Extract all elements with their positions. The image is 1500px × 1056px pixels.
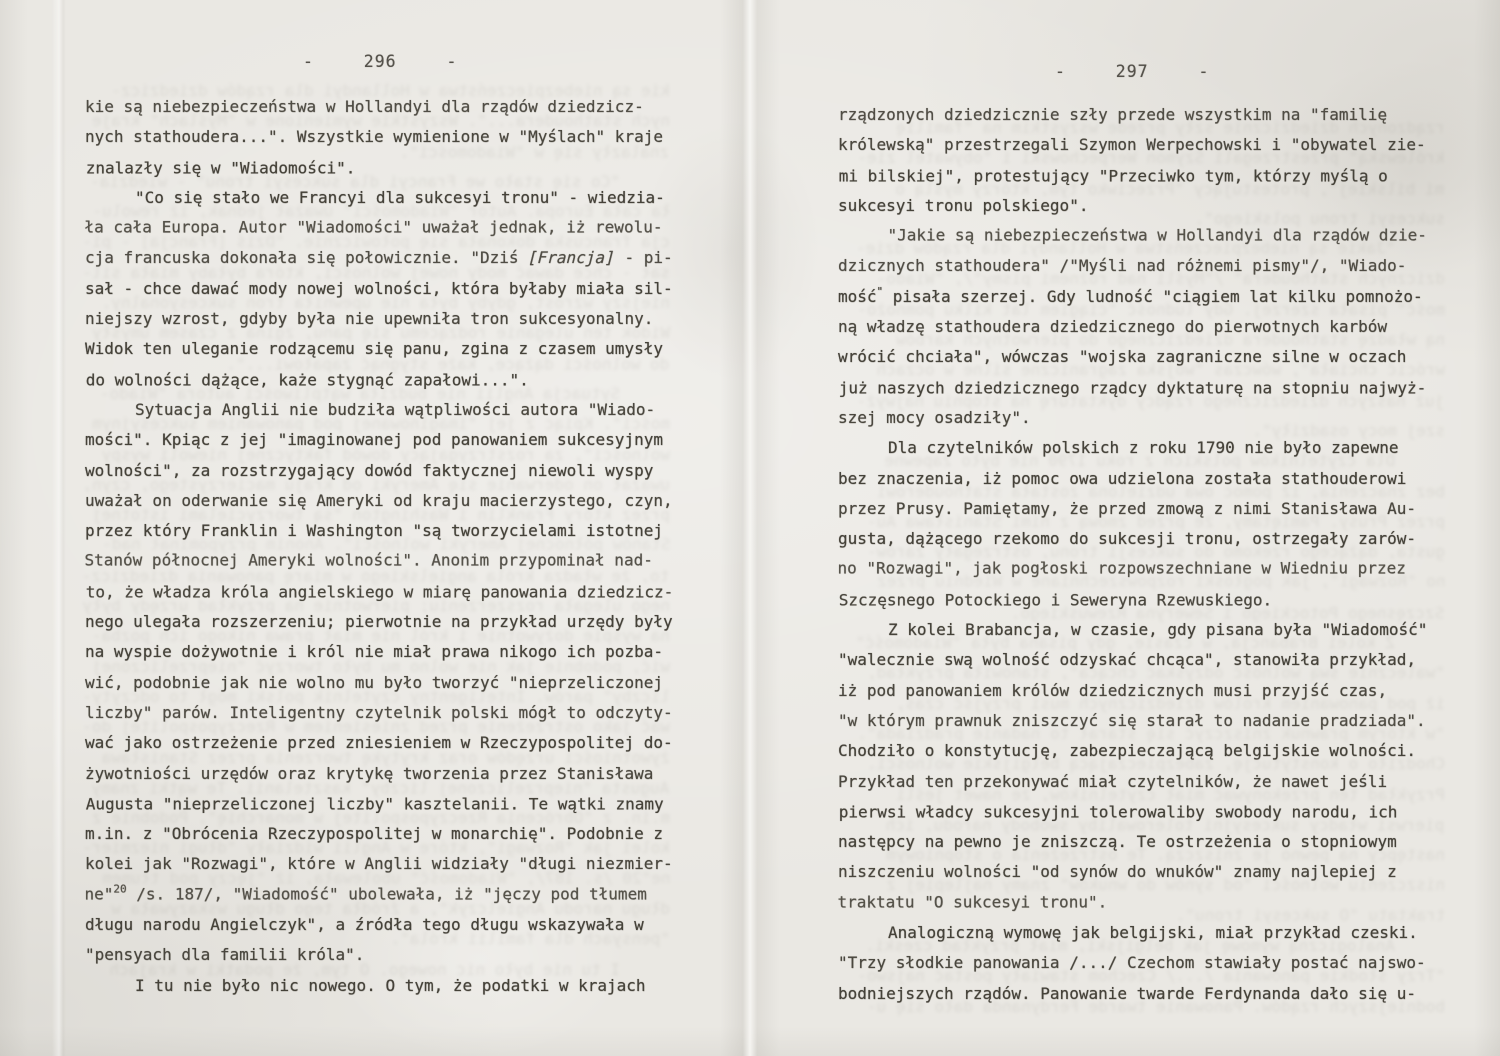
text-line: Analogiczną wymowę jak belgijski, miał p… bbox=[838, 918, 1438, 948]
text-line: bodniejszych rządów. Panowanie twarde Fe… bbox=[838, 979, 1438, 1009]
text-line: nego ulegała rozszerzeniu; pierwotnie na… bbox=[85, 607, 670, 637]
text-line: znalazły się w "Wiadomości". bbox=[86, 153, 671, 183]
text-line: "Jakie są niebezpieczeństwa w Hollandyi … bbox=[838, 221, 1438, 251]
text-line: uważał on oderwanie się Ameryki od kraju… bbox=[85, 486, 670, 516]
text-line: już naszych dziedzicznego rządcy dyktatu… bbox=[839, 373, 1439, 403]
page-left: kie są niebezpieczeństwa w Hollandyi dla… bbox=[0, 0, 745, 1056]
text-line: iż pod panowaniem królów dziedzicznych m… bbox=[838, 676, 1438, 706]
text-line: ną władzę stathoudera dziedzicznego do p… bbox=[838, 312, 1438, 342]
page-number: - 297 - bbox=[1055, 62, 1209, 81]
text-line: I tu nie było nic nowego. O tym, że poda… bbox=[85, 971, 670, 1001]
text-line: mi bilskiej", protestujący "Przeciwko ty… bbox=[839, 161, 1439, 191]
text-run: - pi- bbox=[615, 248, 673, 267]
text-line: następcy na pewno je zniszczą. Te ostrze… bbox=[838, 827, 1438, 857]
text-line: ne"20 /s. 187/, "Wiadomość" ubolewała, i… bbox=[85, 879, 670, 909]
text-line: przez który Franklin i Washington "są tw… bbox=[85, 516, 670, 546]
text-line: "Trzy słodkie panowania /.../ Czechom st… bbox=[838, 948, 1438, 978]
text-line: ła cała Europa. Autor "Wiadomości" uważa… bbox=[85, 213, 670, 243]
text-run: [Francja] bbox=[524, 243, 618, 273]
text-line: kolei jak "Rozwagi", które w Anglii widz… bbox=[85, 849, 670, 879]
text-line: wić, podobnie jak nie wolno mu było twor… bbox=[85, 668, 670, 698]
text-line: rządzonych dziedzicznie szły przede wszy… bbox=[838, 100, 1438, 130]
text-line: pierwsi władcy sukcesyjni tolerowaliby s… bbox=[839, 797, 1439, 827]
text-line: nych stathoudera...". Wszystkie wymienio… bbox=[85, 122, 670, 152]
text-line: traktatu "O sukcesyi tronu". bbox=[838, 887, 1438, 917]
text-line: przez Prusy. Pamiętamy, że przed zmową z… bbox=[838, 494, 1438, 524]
text-line: sukcesyi tronu polskiego". bbox=[838, 191, 1438, 221]
text-line: długu narodu Angielczyk", a źródła tego … bbox=[85, 910, 670, 940]
text-line: "Co się stało we Francyi dla sukcesyi tr… bbox=[85, 183, 670, 213]
text-line: kie są niebezpieczeństwa w Hollandyi dla… bbox=[85, 92, 670, 122]
superscript-text: 20 bbox=[113, 882, 126, 895]
text-line: "walecznie swą wolność odzyskać chcąca",… bbox=[838, 645, 1438, 675]
text-line: wrócić chciała", wówczas "wojska zagrani… bbox=[838, 342, 1438, 372]
text-column: kie są niebezpieczeństwa w Hollandyi dla… bbox=[85, 92, 670, 1001]
text-line: to, że władza króla angielskiego w miarę… bbox=[86, 577, 671, 607]
text-line: sał - chce dawać mody nowej wolności, kt… bbox=[85, 274, 670, 304]
text-line: Widok ten uleganie rodzącemu się panu, z… bbox=[85, 334, 670, 364]
superscript-text: " bbox=[877, 285, 884, 298]
text-line: Z kolei Brabancja, w czasie, gdy pisana … bbox=[838, 615, 1438, 645]
text-line: wać jako ostrzeżenie przed zniesieniem w… bbox=[85, 728, 670, 758]
text-line: Dla czytelników polskich z roku 1790 nie… bbox=[838, 433, 1438, 463]
text-run: mość bbox=[838, 287, 877, 306]
text-line: "w którym prawnuk zniszczyć się starał t… bbox=[838, 706, 1438, 736]
text-line: Przykład ten przekonywać miał czytelnikó… bbox=[838, 767, 1438, 797]
text-run: ne" bbox=[85, 884, 114, 903]
text-line: żywotniości urzędów oraz krytykę tworzen… bbox=[85, 759, 670, 789]
text-run: /s. 187/, "Wiadomość" ubolewała, iż "jęc… bbox=[127, 884, 647, 903]
text-line: Sytuacja Anglii nie budziła wątpliwości … bbox=[85, 395, 670, 425]
text-line: Szczęsnego Potockiego i Seweryna Rzewusk… bbox=[839, 585, 1439, 615]
text-line: szej mocy osadziły". bbox=[838, 403, 1438, 433]
text-line: no "Rozwagi", jak pogłoski rozpowszechni… bbox=[838, 554, 1438, 584]
text-line: niejszy wzrost, gdyby była nie upewniła … bbox=[85, 304, 670, 334]
text-line: liczby" parów. Inteligentny czytelnik po… bbox=[85, 698, 670, 728]
text-line: dzicznych stathoudera" /"Myśli nad różne… bbox=[838, 251, 1438, 281]
text-line: bez znaczenia, iż pomoc owa udzielona zo… bbox=[838, 464, 1438, 494]
paper-crease bbox=[52, 0, 66, 1056]
text-line: gusta, dążącego rzekomo do sukcesji tron… bbox=[838, 524, 1438, 554]
page-number: - 296 - bbox=[303, 52, 457, 71]
text-column: rządzonych dziedzicznie szły przede wszy… bbox=[838, 100, 1438, 1009]
text-line: Chodziło o konstytucję, zabezpieczającą … bbox=[838, 736, 1438, 766]
page-right: rządzonych dziedzicznie szły przede wszy… bbox=[745, 0, 1500, 1056]
text-line: cja francuska dokonała się połowicznie. … bbox=[85, 243, 670, 273]
text-line: niszczeniu wolności "od synów do wnuków"… bbox=[838, 857, 1438, 887]
text-line: mość" pisała szerzej. Gdy ludność "ciągi… bbox=[838, 282, 1438, 312]
text-line: na wyspie dożywotnie i król nie miał pra… bbox=[85, 637, 670, 667]
text-line: Augusta "nieprzeliczonej liczby" kasztel… bbox=[86, 789, 671, 819]
text-line: Stanów północnej Ameryki wolności". Anon… bbox=[85, 546, 670, 576]
text-line: "pensyach dla familii króla". bbox=[85, 940, 670, 970]
document-scan: kie są niebezpieczeństwa w Hollandyi dla… bbox=[0, 0, 1500, 1056]
text-line: królewską" przestrzegali Szymon Werpecho… bbox=[838, 130, 1438, 160]
text-line: m.in. z "Obrócenia Rzeczypospolitej w mo… bbox=[85, 819, 670, 849]
text-run: pisała szerzej. Gdy ludność "ciągiem lat… bbox=[883, 287, 1422, 306]
text-run: cja francuska dokonała się połowicznie. … bbox=[85, 248, 528, 267]
text-line: wolności", za rozstrzygający dowód fakty… bbox=[85, 456, 670, 486]
text-line: mości". Kpiąc z jej "imaginowanej pod pa… bbox=[85, 425, 670, 455]
text-line: do wolności dążące, każe stygnąć zapałow… bbox=[86, 365, 671, 395]
